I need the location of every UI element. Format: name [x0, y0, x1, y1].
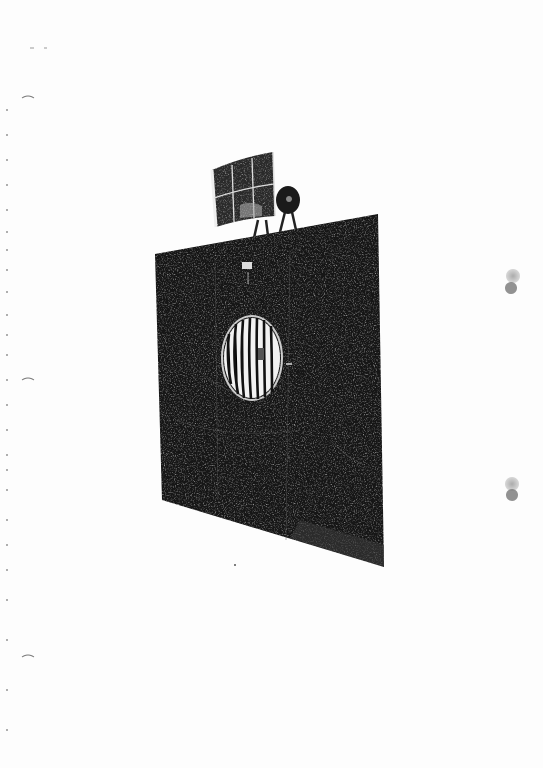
scanned-page: [0, 0, 543, 768]
figure-photograph: [0, 0, 543, 768]
perforation-marks: [6, 109, 8, 731]
baffle-panel: [155, 214, 384, 567]
reflector-lamp: [212, 152, 300, 238]
punch-holes: [505, 269, 520, 501]
